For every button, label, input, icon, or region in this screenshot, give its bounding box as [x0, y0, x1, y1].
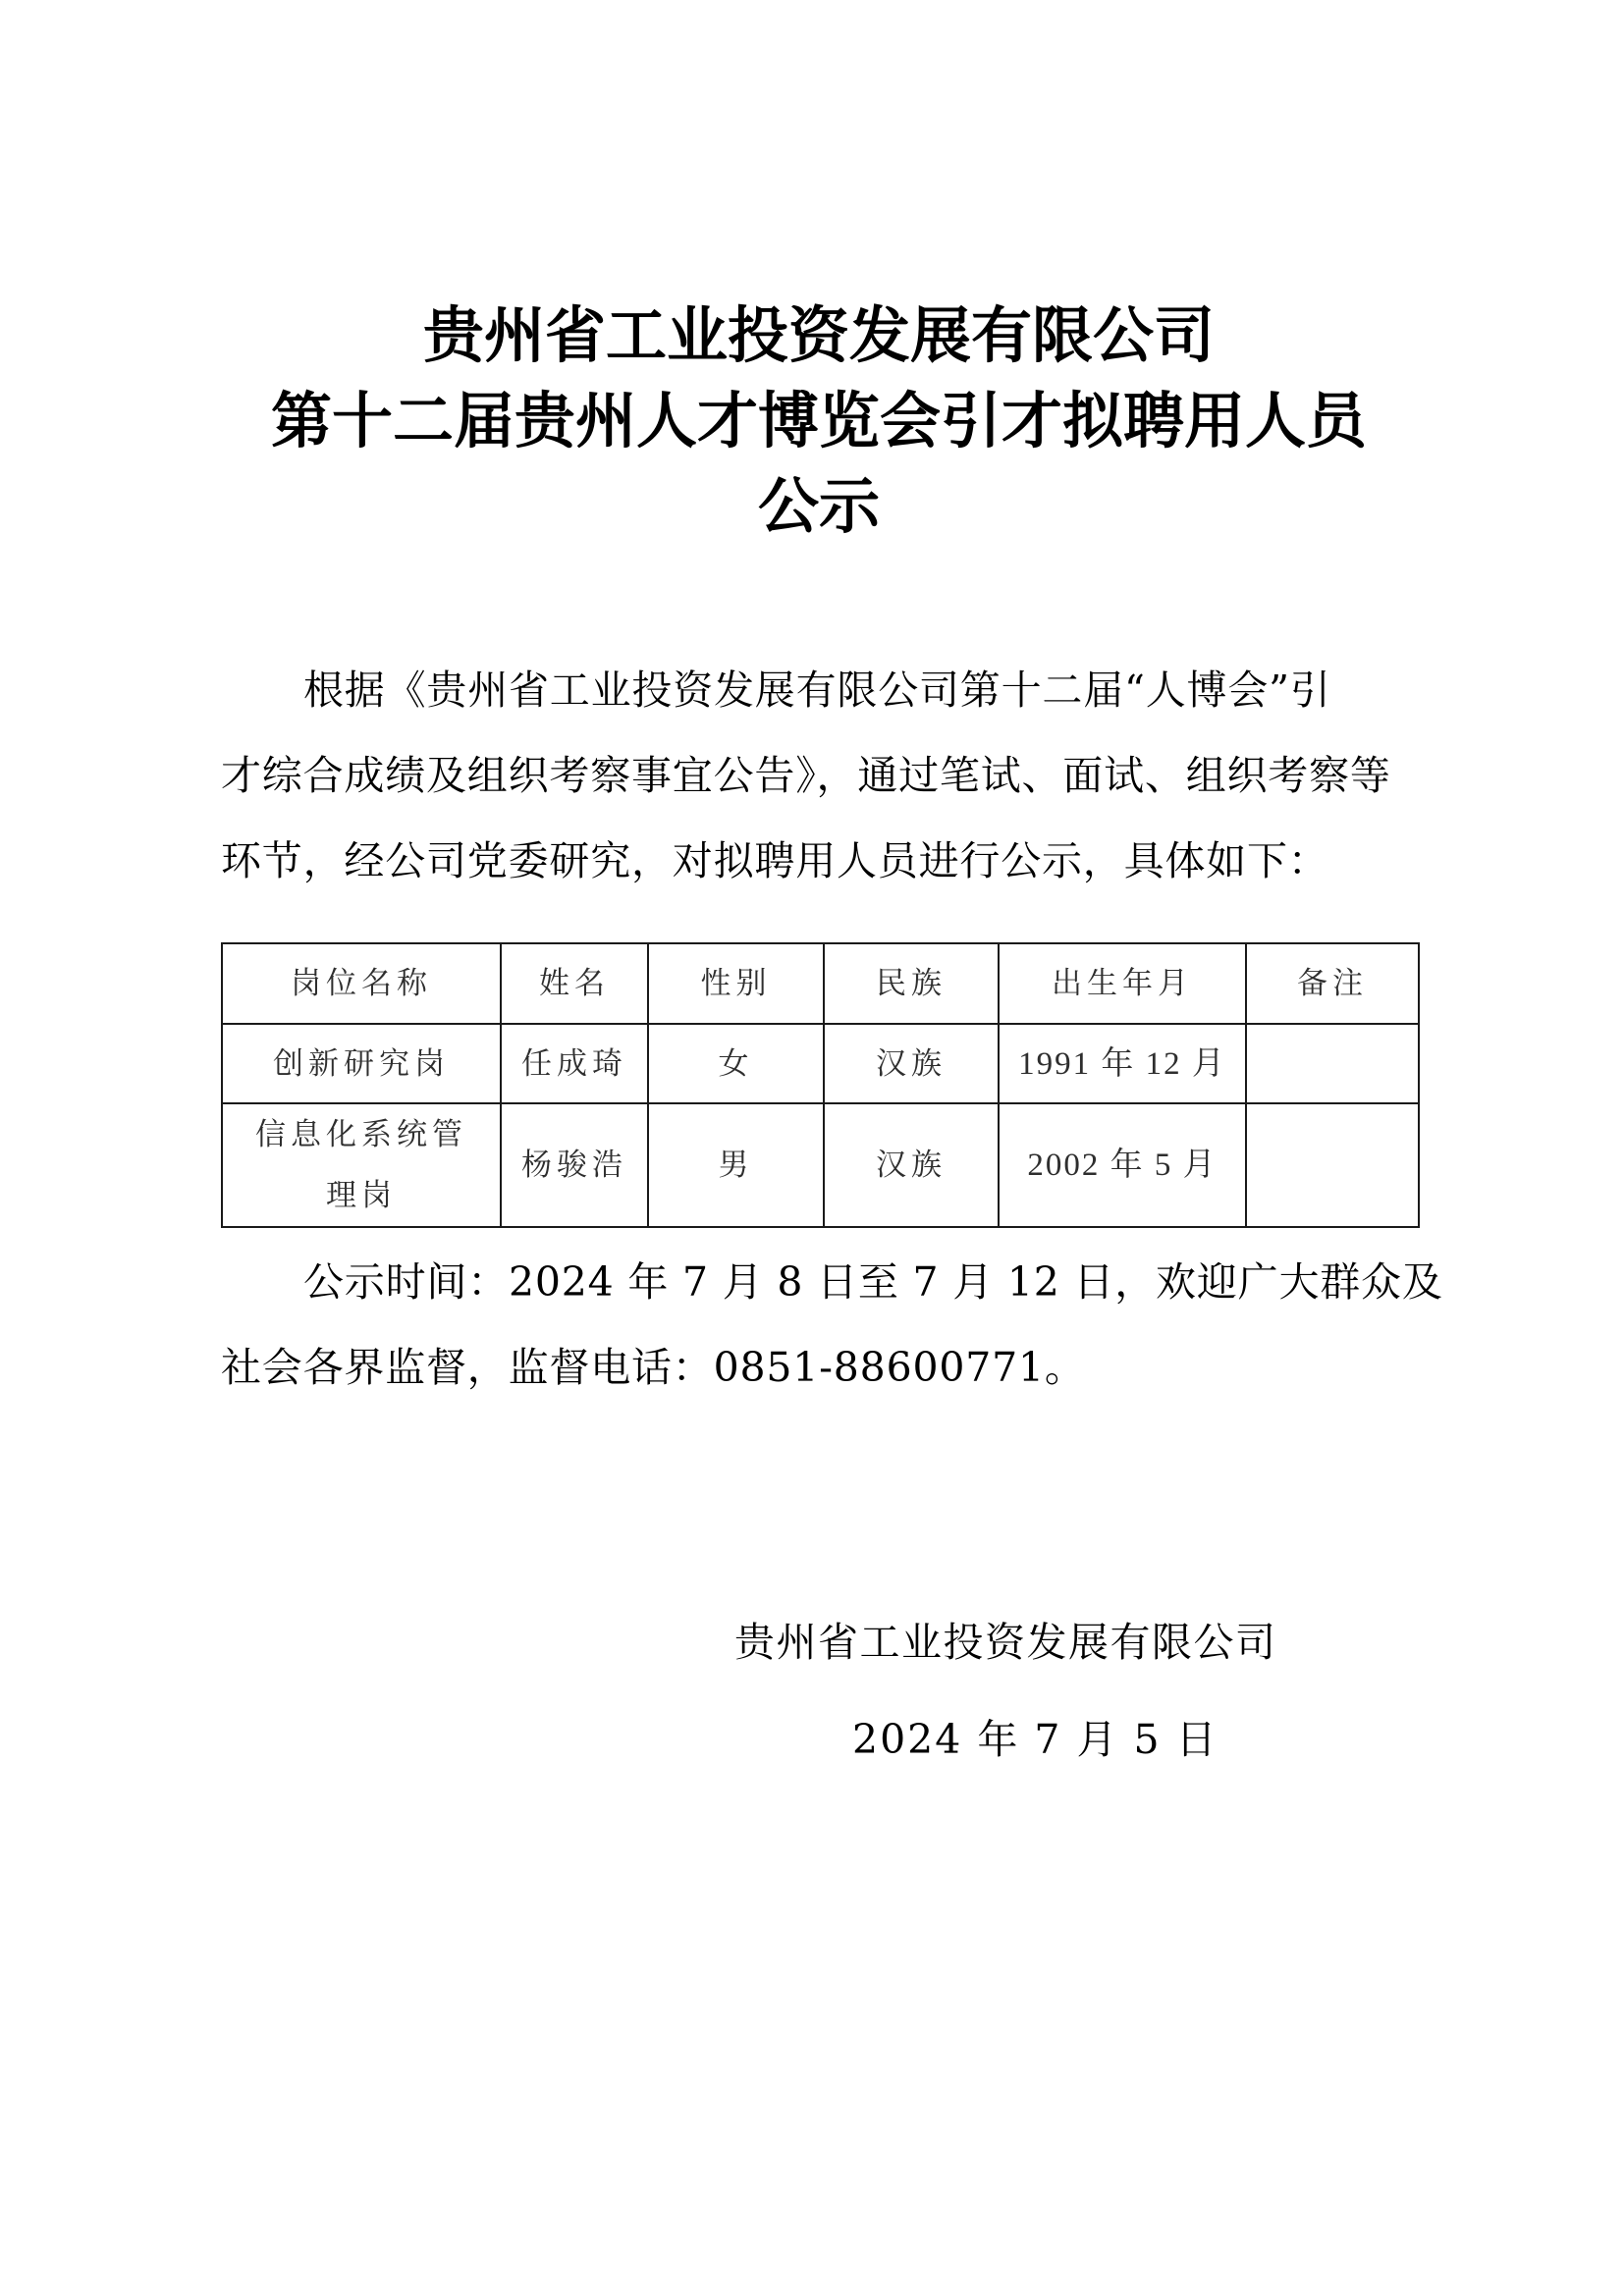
notice-line-2: 社会各界监督，监督电话：0851-88600771。: [221, 1325, 1431, 1411]
cell-position-line-1: 信息化系统管: [229, 1104, 494, 1165]
cell-birth: 1991 年 12 月: [999, 1024, 1246, 1103]
cell-position-line-2: 理岗: [229, 1165, 494, 1226]
document-page: 贵州省工业投资发展有限公司 第十二届贵州人才博览会引才拟聘用人员 公示 根据《贵…: [0, 0, 1624, 2296]
table-row: 创新研究岗 任成琦 女 汉族 1991 年 12 月: [222, 1024, 1419, 1103]
intro-paragraph: 根据《贵州省工业投资发展有限公司第十二届“人博会”引 才综合成绩及组织考察事宜公…: [221, 648, 1431, 904]
header-name: 姓名: [501, 943, 648, 1024]
cell-name: 杨骏浩: [501, 1103, 648, 1227]
title-line-2: 第十二届贵州人才博览会引才拟聘用人员: [14, 378, 1624, 463]
intro-line-1-wrap: 根据《贵州省工业投资发展有限公司第十二届“人博会”引: [221, 648, 1431, 733]
cell-ethnicity: 汉族: [824, 1024, 999, 1103]
cell-birth: 2002 年 5 月: [999, 1103, 1246, 1227]
title-line-1: 贵州省工业投资发展有限公司: [14, 293, 1624, 378]
intro-line-2: 才综合成绩及组织考察事宜公告》，通过笔试、面试、组织考察等: [221, 733, 1431, 819]
signature-date: 2024 年 7 月 5 日: [852, 1710, 1218, 1769]
cell-ethnicity: 汉族: [824, 1103, 999, 1227]
header-remark: 备注: [1246, 943, 1419, 1024]
cell-gender: 女: [648, 1024, 824, 1103]
table-header-row: 岗位名称 姓名 性别 民族 出生年月 备注: [222, 943, 1419, 1024]
candidates-table: 岗位名称 姓名 性别 民族 出生年月 备注 创新研究岗 任成琦 女 汉族 199…: [221, 942, 1420, 1228]
intro-line-1: 根据《贵州省工业投资发展有限公司第十二届“人博会”引: [303, 667, 1331, 714]
intro-line-3: 环节，经公司党委研究，对拟聘用人员进行公示，具体如下：: [221, 819, 1431, 904]
document-title: 贵州省工业投资发展有限公司 第十二届贵州人才博览会引才拟聘用人员 公示: [0, 293, 1624, 549]
cell-name: 任成琦: [501, 1024, 648, 1103]
signature-company: 贵州省工业投资发展有限公司: [734, 1613, 1277, 1672]
cell-remark: [1246, 1024, 1419, 1103]
notice-line-1: 公示时间：2024 年 7 月 8 日至 7 月 12 日，欢迎广大群众及: [303, 1258, 1443, 1306]
header-gender: 性别: [648, 943, 824, 1024]
header-position: 岗位名称: [222, 943, 501, 1024]
notice-line-1-wrap: 公示时间：2024 年 7 月 8 日至 7 月 12 日，欢迎广大群众及: [221, 1240, 1431, 1325]
notice-paragraph: 公示时间：2024 年 7 月 8 日至 7 月 12 日，欢迎广大群众及 社会…: [221, 1240, 1431, 1411]
cell-position: 创新研究岗: [222, 1024, 501, 1103]
title-line-3: 公示: [14, 463, 1624, 549]
table-row: 信息化系统管 理岗 杨骏浩 男 汉族 2002 年 5 月: [222, 1103, 1419, 1227]
cell-position: 信息化系统管 理岗: [222, 1103, 501, 1227]
cell-gender: 男: [648, 1103, 824, 1227]
header-birth: 出生年月: [999, 943, 1246, 1024]
header-ethnicity: 民族: [824, 943, 999, 1024]
cell-remark: [1246, 1103, 1419, 1227]
